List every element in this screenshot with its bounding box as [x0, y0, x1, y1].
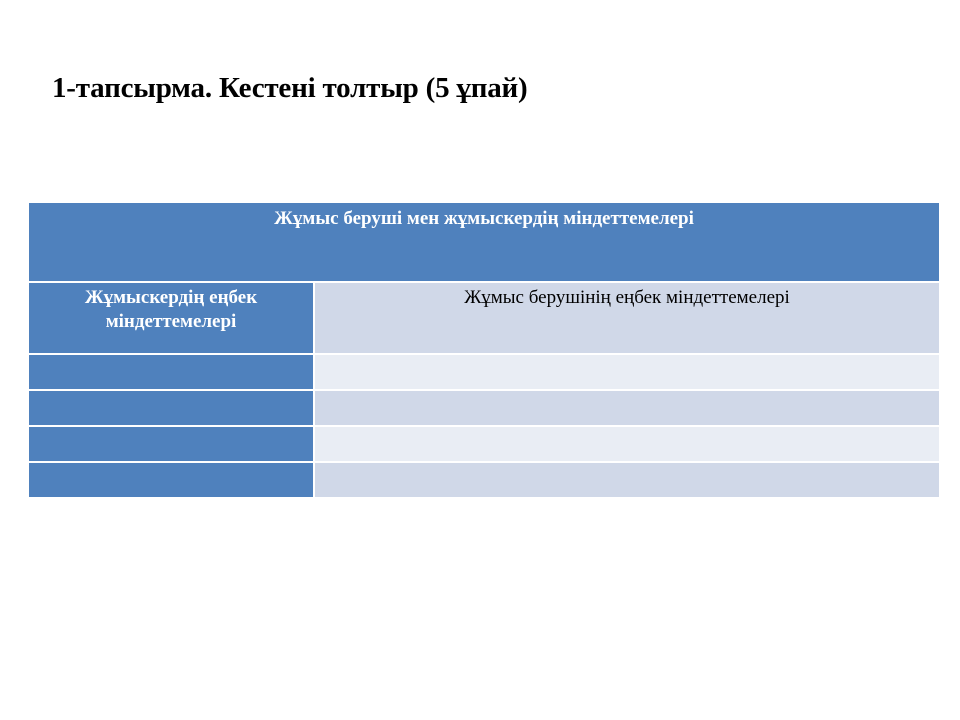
employee-cell-2[interactable] [28, 390, 314, 426]
employer-cell-3[interactable] [314, 426, 940, 462]
table-header-row: Жұмыс беруші мен жұмыскердің міндеттемел… [28, 202, 940, 282]
slide-title: 1-тапсырма. Кестені толтыр (5 ұпай) [52, 72, 528, 105]
table-row [28, 462, 940, 498]
column-header-employee: Жұмыскердің еңбек міндеттемелері [28, 282, 314, 354]
employee-cell-4[interactable] [28, 462, 314, 498]
employer-cell-4[interactable] [314, 462, 940, 498]
column-header-employer: Жұмыс берушінің еңбек міндеттемелері [314, 282, 940, 354]
table-row [28, 354, 940, 390]
obligations-table: Жұмыс беруші мен жұмыскердің міндеттемел… [27, 201, 941, 499]
employee-cell-1[interactable] [28, 354, 314, 390]
employer-cell-1[interactable] [314, 354, 940, 390]
table-header-cell: Жұмыс беруші мен жұмыскердің міндеттемел… [28, 202, 940, 282]
column-header-row: Жұмыскердің еңбек міндеттемелері Жұмыс б… [28, 282, 940, 354]
employer-cell-2[interactable] [314, 390, 940, 426]
table-row [28, 426, 940, 462]
table-row [28, 390, 940, 426]
employee-cell-3[interactable] [28, 426, 314, 462]
